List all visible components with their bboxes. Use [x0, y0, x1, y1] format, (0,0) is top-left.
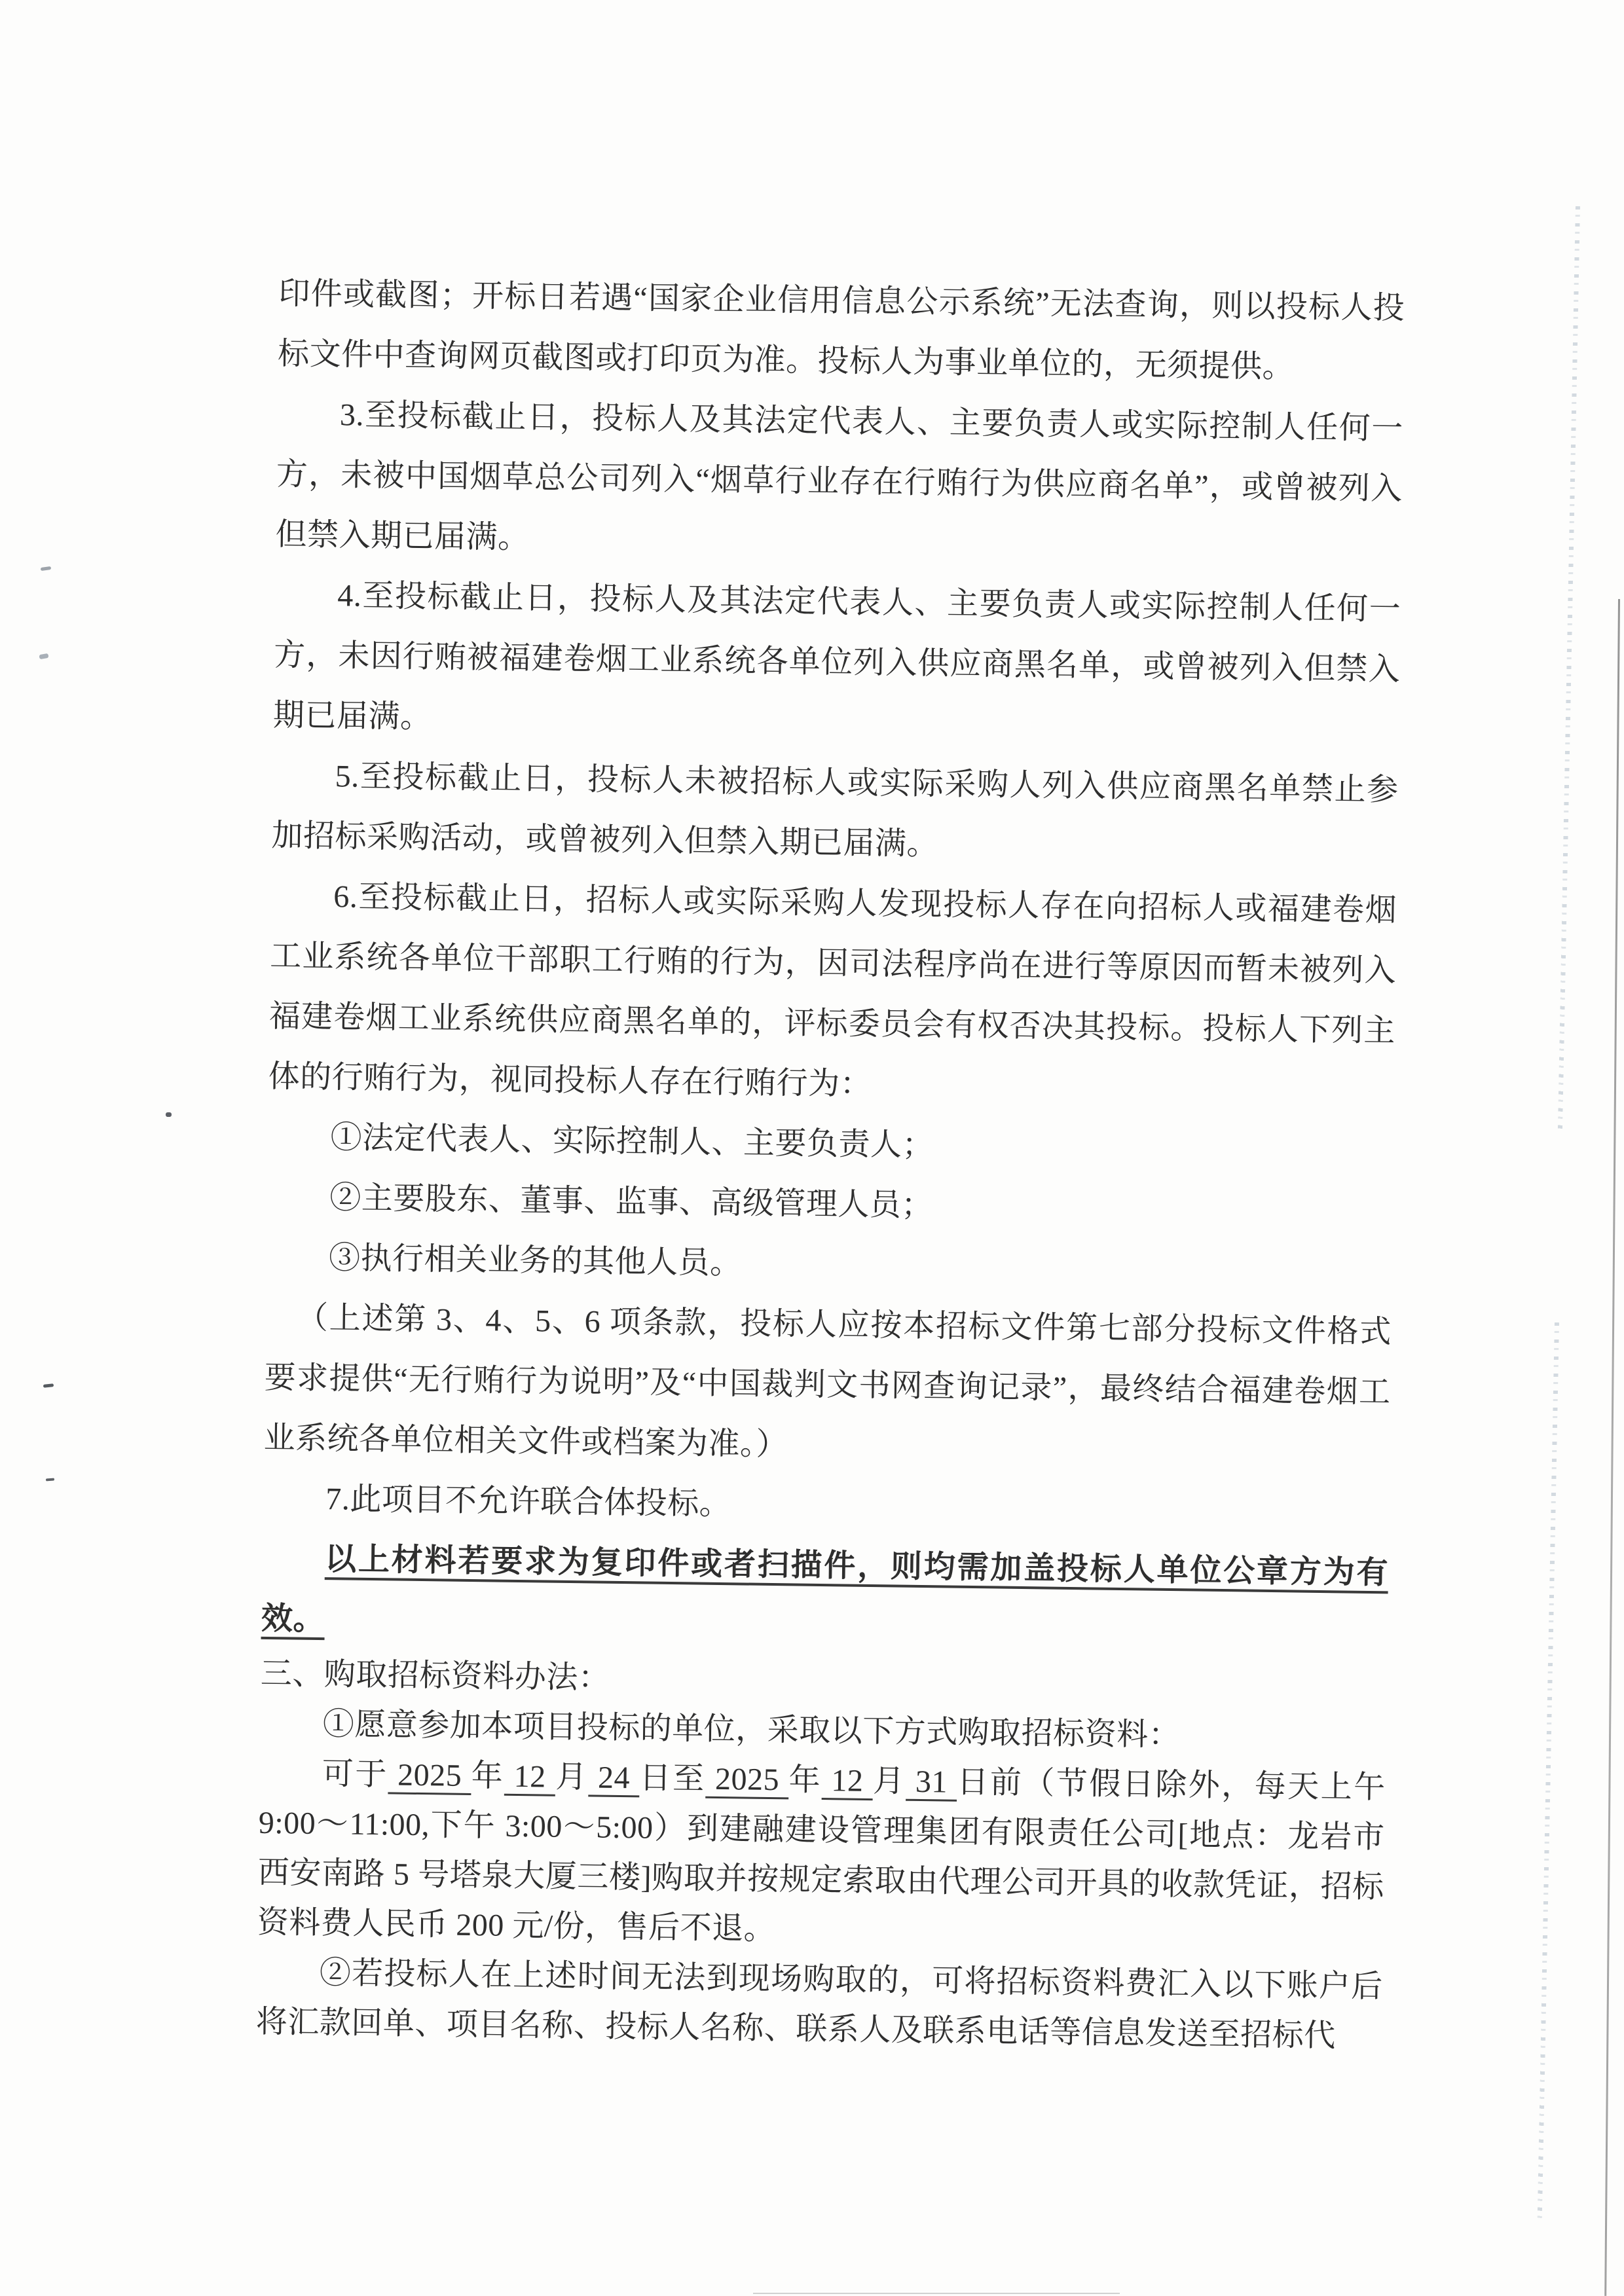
para-item-3: 3.至投标截止日，投标人及其法定代表人、主要负责人或实际控制人任何一方，未被中国… [275, 384, 1403, 579]
underlined-blank-value: 2025 [705, 1762, 789, 1798]
para-purchase-schedule: 可于 2025 年 12 月 24 日至 2025 年 12 月 31 日前（节… [257, 1749, 1386, 1962]
text-run: 月 [555, 1760, 589, 1795]
para-note-clauses: （上述第 3、4、5、6 项条款，投标人应按本招标文件第七部分投标文件格式要求提… [263, 1288, 1392, 1483]
underlined-blank-value: 24 [588, 1760, 640, 1795]
scanned-document-page: 印件或截图；开标日若遇“国家企业信用信息公示系统”无法查询，则以投标人投标文件中… [0, 0, 1624, 2296]
scan-speck [39, 653, 48, 659]
text-run: 可于 [322, 1757, 388, 1792]
underlined-blank-value: 31 [906, 1764, 957, 1800]
text-run: 年 [788, 1762, 822, 1798]
para-stamp-requirement: 以上材料若要求为复印件或者扫描件，则均需加盖投标人单位公章方为有效。 [261, 1529, 1388, 1664]
para-item-4: 4.至投标截止日，投标人及其法定代表人、主要负责人或实际控制人任何一方，未因行贿… [272, 565, 1401, 760]
scan-bottom-edge-line [753, 2293, 1120, 2294]
underlined-blank-value: 12 [822, 1763, 874, 1798]
para-item-6: 6.至投标截止日，招标人或实际采购人发现投标人存在向招标人或福建卷烟工业系统各单… [268, 866, 1397, 1121]
scan-edge-line [1604, 599, 1620, 2296]
para-item-5: 5.至投标截止日，投标人未被招标人或实际采购人列入供应商黑名单禁止参加招标采购活… [271, 746, 1399, 881]
underlined-blank-value: 2025 [388, 1757, 471, 1793]
underlined-blank-value: 12 [504, 1759, 556, 1795]
para-purchase-option-2: ②若投标人在上述时间无法到现场购取的，可将招标资料费汇入以下账户后将汇款回单、项… [255, 1948, 1383, 2062]
scan-speck [41, 566, 52, 571]
scan-speck [166, 1112, 172, 1117]
text-run: 日至 [639, 1760, 706, 1796]
ink-bleedthrough-column-top [1558, 206, 1580, 1133]
document-text-block: 印件或截图；开标日若遇“国家企业信用信息公示系统”无法查询，则以投标人投标文件中… [255, 264, 1405, 2062]
ink-bleedthrough-column-bottom [1538, 1322, 1559, 2219]
scan-speck [46, 1478, 54, 1482]
scan-speck [43, 1383, 54, 1388]
text-run: 年 [471, 1758, 504, 1794]
text-run: 月 [873, 1764, 906, 1799]
para-credit-system-continuation: 印件或截图；开标日若遇“国家企业信用信息公示系统”无法查询，则以投标人投标文件中… [278, 264, 1405, 399]
